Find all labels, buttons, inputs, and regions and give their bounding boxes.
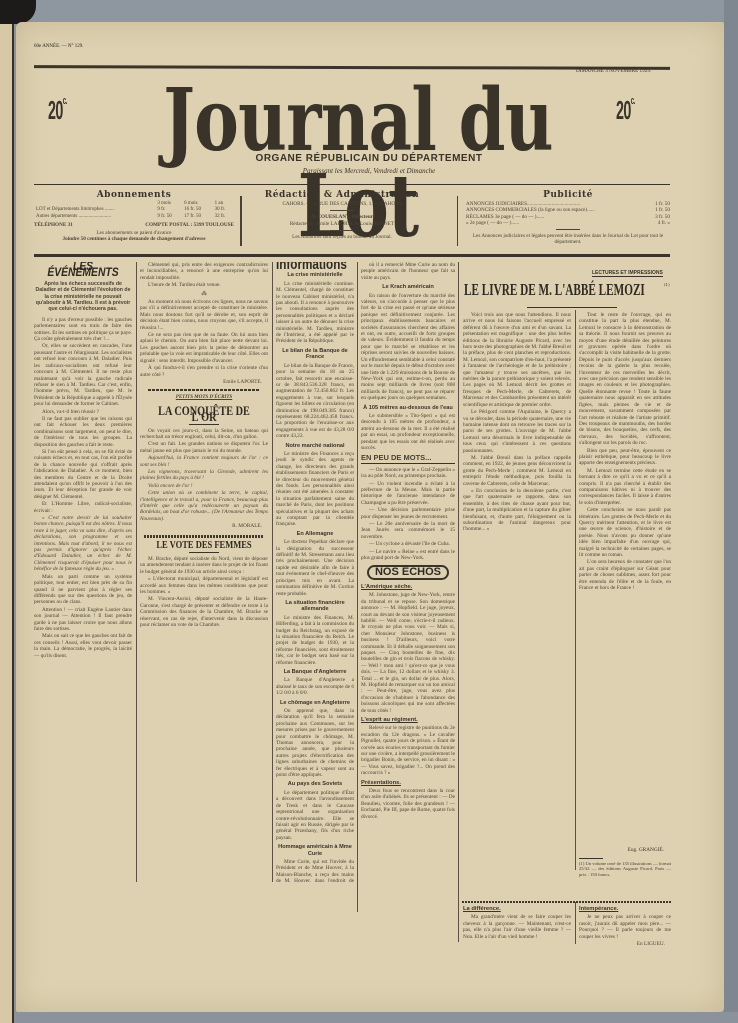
feature-signature: Eug. GRANGIÉ. (600, 847, 670, 853)
price-right-value: 20 (616, 95, 631, 125)
price-left-value: 20 (48, 95, 63, 125)
paragraph: M. Bracke, député socialiste du Nord, vi… (140, 556, 268, 575)
paragraph: Le ministre des Finances a reçu jeudi le… (276, 451, 354, 528)
editorial-title: Rédaction & Administration (252, 192, 432, 198)
feature-title-rule (527, 307, 617, 308)
paragraph: M. l'abbé Breuil dans la préface rappell… (463, 455, 571, 487)
paragraph: Cette union où se combinent la terre, le… (140, 490, 268, 522)
signature: R. MORALE. (140, 523, 268, 529)
bottom-section-rule (462, 901, 672, 903)
echo-head: L'esprit au régiment. (361, 717, 455, 723)
paragraph: Le submersible « Tito-Speri » qui est de… (361, 413, 455, 451)
paragraph: Le département politique d'État a découv… (276, 790, 354, 841)
paragraph: « L'électorat municipal, départemental e… (140, 576, 268, 595)
rate-value: 32 fr. (213, 214, 234, 220)
paragraph: Clémentel qui, pris entre des exigences … (140, 262, 268, 281)
paragraph: Le Périgord comme l'Aquitaine, le Quercy… (463, 409, 571, 454)
subscriptions-box: Abonnements 3 mois 6 mois 1 an LOT et Dé… (34, 192, 234, 242)
paragraph: Si l'on eût pensé à cela, on se fût évit… (34, 449, 132, 500)
section-head: Le bilan de la Banque de France (276, 348, 354, 361)
paragraph: Aujourd'hui, la France contient toujours… (140, 455, 268, 468)
postal-account: COMPTE POSTAL : 5399 TOULOUSE (145, 222, 234, 228)
column-rule (575, 902, 576, 944)
contact-line: TÉLÉPHONE 31 COMPTE POSTAL : 5399 TOULOU… (34, 222, 234, 228)
column-rule (458, 262, 459, 942)
paragraph: Attention ! — criait Eugène Lautier dans… (34, 607, 132, 633)
paragraph: « C'est notre devoir de lui souhaiter bo… (34, 515, 132, 573)
paragraph: M. Lemozi termine cette étude en se born… (579, 468, 671, 506)
price-right: 20c. (616, 95, 635, 126)
column-editorial: Clémentel qui, pris entre des exigences … (140, 262, 268, 882)
events-title: LES ÉVÉNEMENTS (39, 264, 127, 277)
address-change-note: Joindre 50 centimes à chaque demande de … (34, 236, 234, 242)
paragraph: Cette conclusion ne nous paraît pas témé… (579, 507, 671, 558)
section-kicker: PETITS MOTS D'ÉCRITS (140, 395, 268, 401)
paragraph: Mais un parti comme un système politique… (34, 574, 132, 606)
column-informations: Informations La crise ministérielle La c… (276, 262, 354, 882)
paragraph: Voilà encore de l'or ! (140, 483, 268, 489)
section-head: La Banque d'Angleterre (276, 669, 354, 675)
info-divider (457, 196, 458, 246)
subscriptions-title: Abonnements (34, 192, 234, 198)
paragraph: Relevé sur le registre de punitions du 2… (361, 725, 455, 776)
info-top-rule (34, 184, 670, 185)
paragraph: Je ne peux pas arriver à couper ce rasoi… (579, 914, 671, 940)
column-rule (136, 262, 137, 882)
edition-number: 60e ANNÉE. — N° 129. (34, 44, 84, 49)
column-events: LES ÉVÉNEMENTS Après les échecs successi… (34, 262, 132, 882)
paragraph: On apprend que, dans la déclaration qu'i… (276, 708, 354, 778)
feature-title-wrap: LE LIVRE DE M. L'ABBÉ LEMOZI (464, 280, 674, 300)
paragraph: M. Vincent-Auriol, député socialiste de … (140, 596, 268, 628)
feature-title-note: (1) (664, 282, 670, 287)
paragraph: L'on sera heureux de constater que l'on … (579, 559, 671, 591)
paragraph: On voyait ces jours-ci, dans la Seine, u… (140, 428, 268, 441)
divider (556, 229, 580, 230)
section-break-mark: ⁂ (140, 291, 268, 297)
paragraph: L'heure de M. Tardieu était venue. (140, 282, 268, 288)
rate-value: 9 fr. 50 (155, 214, 182, 220)
echo-head: L'Amérique sèche. (361, 584, 455, 590)
section-head: La situation financière allemande (276, 600, 354, 613)
editors: Rédacteurs : Emile LAPORTE et Louis BONN… (252, 221, 432, 227)
echo-head: Présentations. (361, 780, 455, 786)
paragraph: où il a remercié Mme Curie au nom du peu… (361, 262, 455, 281)
footnote-rule (579, 858, 603, 859)
paragraph: Alors, va-t-il bien réussir ? (34, 409, 132, 415)
section-head: À 105 mètres au-dessous de l'eau (361, 405, 455, 411)
info-divider (240, 196, 242, 246)
paragraph: Et L'Homme Libre, radical-socialiste, éc… (34, 501, 132, 514)
paragraph: Deux fous se rencontrent dans la cour d'… (361, 788, 455, 820)
divider (330, 210, 354, 211)
advertising-note: Les Annonces judiciaires et légales peuv… (466, 233, 670, 245)
rate-label: Autres départements ....................… (34, 214, 155, 220)
news-brief: — Un cyclone a dévasté l'île de Cuba. (361, 541, 455, 547)
paragraph: C'est un fait. Les grandes nations se di… (140, 441, 268, 454)
paragraph: La Banque d'Angleterre a abaissé le taux… (276, 677, 354, 696)
scan-background-bottom (0, 1012, 738, 1023)
paragraph: Il ne faut pas oublier que les raisons q… (34, 416, 132, 448)
paragraph: En raison de l'ouverture du marché des v… (361, 293, 455, 402)
feature-kicker: LECTURES ET IMPRESSIONS (592, 270, 663, 277)
joke-head: La différence. (463, 906, 571, 912)
scan-background-top (0, 0, 738, 22)
section-head: Le Krach américain (361, 284, 455, 290)
paragraph: Mais on sait ce que les gauches ont fait… (34, 633, 132, 659)
paragraph: Or, elles se succèdent en cascades, l'un… (34, 343, 132, 407)
paragraph: La crise ministérielle continue. M. Clém… (276, 281, 354, 345)
advertising-box: Publicité ANNONCES JUDICIAIRES..........… (466, 192, 670, 245)
ornamental-rule (144, 535, 264, 538)
paragraph: À qui fondra-t-il s'en prendre si la cri… (140, 365, 268, 378)
news-brief: — Un violent incendie a éclaté à la préf… (361, 481, 455, 507)
feature-title: LE LIVRE DE M. L'ABBÉ LEMOZI (464, 280, 645, 300)
section-head: La crise ministérielle (276, 272, 354, 278)
editorial-address: CAHORS. — 1, RUE DES CAPUCINS, 1. — CAHO… (252, 201, 432, 207)
events-lead: Après les échecs successifs de Daladier … (34, 281, 132, 313)
paragraph: Le docteur Pepelbar déclare que la désig… (276, 539, 354, 597)
editorial-box: Rédaction & Administration CAHORS. — 1, … (252, 192, 432, 240)
paragraph: Au moment où nous écrivons ces lignes, n… (140, 299, 268, 331)
price-right-unit: c. (631, 95, 635, 107)
paragraph: Les vignerons, traversant la Gironde, ad… (140, 469, 268, 482)
informations-title: Informations (276, 262, 337, 268)
mots-title: EN PEU DE MOTS... (361, 455, 455, 463)
feature-footnote: (1) Un volume orné de 135 illustrations … (579, 861, 671, 881)
paragraph: M. Johnstone, juge de New-York, rentre d… (361, 592, 455, 714)
section-head: En Allemagne (276, 531, 354, 537)
paragraph: Tout le reste de l'ouvrage, qui en const… (579, 312, 671, 447)
feature-column-right: Tout le reste de l'ouvrage, qui en const… (579, 312, 671, 847)
price-left-unit: c. (63, 95, 67, 107)
paragraph: Ma grand'mère vient de se faire couper l… (463, 914, 571, 940)
section-head: Notre marché national (276, 443, 354, 449)
rate-value: 17 fr. 50 (182, 214, 213, 220)
paragraph: Mme Curie, qui est l'invitée du Présiden… (276, 859, 354, 882)
news-brief: — Une décision parlementaire prise pour … (361, 507, 455, 520)
telephone: TÉLÉPHONE 31 (34, 222, 73, 228)
joke-head: Intempérance. (579, 906, 671, 912)
section-head: Le chômage en Angleterre (276, 700, 354, 706)
column-rule (357, 262, 358, 912)
ad-rate-row: » 2e page ( — do — )......4 fr. » (466, 220, 670, 226)
masthead-subtitle: ORGANE RÉPUBLICAIN DU DÉPARTEMENT (0, 153, 738, 164)
rates-row: Autres départements ....................… (34, 214, 234, 220)
ornamental-rule (148, 389, 260, 391)
paragraph: Le bilan de la Banque de France, pour la… (276, 363, 354, 440)
article-title-women-vote: LE VOTE DES FEMMES (150, 543, 259, 549)
signature: Emile LAPORTE. (140, 379, 268, 385)
column-news-echos: où il a remercié Mme Curie au nom du peu… (361, 262, 455, 912)
paragraph: Voici trois ans que nous l'attendions. I… (463, 312, 571, 408)
section-head: Au pays des Soviets (276, 781, 354, 787)
news-brief: — Le 20e anniversaire de la mort de Jean… (361, 521, 455, 540)
news-brief: — Le navire « Reine » est entré dans le … (361, 549, 455, 562)
echos-title-box: NOS ÉCHOS (367, 565, 449, 579)
news-brief: — On annonce que le « Graf-Zeppelin » ir… (361, 467, 455, 480)
paragraph: Bien que peu, peut-être, éprouvent ce pl… (579, 448, 671, 467)
paragraph: Le ministre des Finances, M. Hilferding,… (276, 615, 354, 666)
announcements-note: Les Annonces sont reçues au bureau du Jo… (252, 234, 432, 240)
advertising-title: Publicité (466, 192, 670, 198)
subscription-rates-table: 3 mois 6 mois 1 an LOT et Départements l… (34, 201, 234, 220)
joke-intemperance: Intempérance. Je ne peux pas arriver à c… (579, 906, 671, 946)
divider (189, 552, 219, 553)
paragraph: Ce ne sera pas rien que de sa faute. On … (140, 332, 268, 364)
joke-difference: La différence. Ma grand'mère vient de se… (463, 906, 571, 946)
paragraph: Il n'y a pas d'erreur possible : les gau… (34, 317, 132, 343)
publication-schedule: Paraissant les Mercredi, Vendredi et Dim… (0, 167, 738, 175)
column-rule (272, 262, 273, 882)
price-left: 20c. (48, 95, 67, 126)
article-title-gold: LA CONQUÊTE DE L'OR (152, 408, 257, 421)
signature: En LIGUEU. (579, 941, 671, 946)
column-rule (575, 310, 576, 870)
info-bottom-rule (34, 254, 670, 257)
ad-rate-label: » 2e page ( — do — )...... (466, 220, 519, 226)
ad-rate-price: 4 fr. » (658, 220, 670, 226)
feature-column-left: Voici trois ans que nous l'attendions. I… (463, 312, 571, 847)
paragraph: « En conclusion de la deuxième partie, c… (463, 488, 571, 533)
divider (330, 230, 354, 231)
echos-title: NOS ÉCHOS (369, 569, 447, 575)
section-head: Hommage américain à Mme Curie (276, 844, 354, 857)
